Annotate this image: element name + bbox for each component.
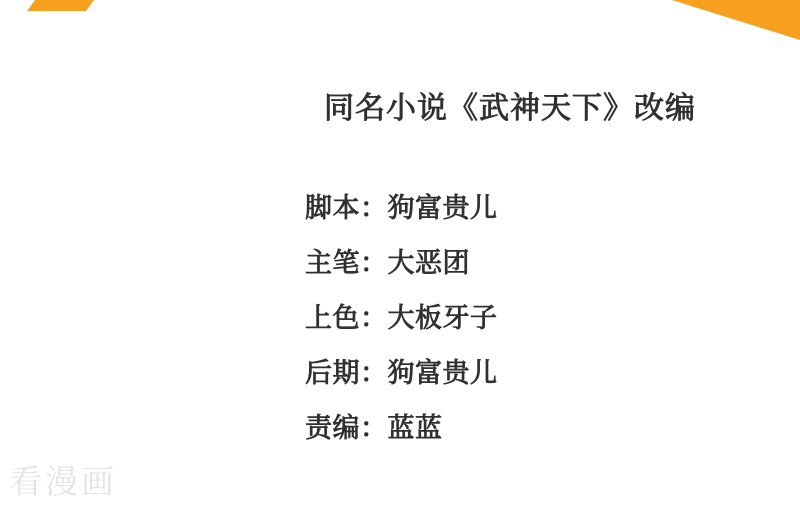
kanmanhua-watermark: 看漫画 [9, 463, 117, 501]
credit-row-script: 脚本：狗富贵儿 [305, 181, 498, 236]
credit-person-name: 大板牙子 [388, 303, 498, 333]
credit-row-editor: 责编：蓝蓝 [305, 401, 498, 456]
credit-person-name: 狗富贵儿 [388, 358, 498, 388]
credit-role-label: 脚本： [305, 193, 388, 223]
credit-person-name: 狗富贵儿 [388, 193, 498, 223]
orange-ribbon-decoration [27, 0, 94, 11]
credits-list: 脚本：狗富贵儿 主笔：大恶团 上色：大板牙子 后期：狗富贵儿 责编：蓝蓝 [305, 181, 498, 456]
credit-role-label: 上色： [305, 303, 388, 333]
credit-role-label: 主笔： [305, 248, 388, 278]
credit-row-lead-artist: 主笔：大恶团 [305, 236, 498, 291]
credit-role-label: 责编： [305, 413, 388, 443]
page-title: 同名小说《武神天下》改编 [324, 92, 696, 126]
credit-role-label: 后期： [305, 358, 388, 388]
orange-corner-decoration [672, 0, 800, 40]
credit-row-post-production: 后期：狗富贵儿 [305, 346, 498, 401]
credits-page: 同名小说《武神天下》改编 脚本：狗富贵儿 主笔：大恶团 上色：大板牙子 后期：狗… [0, 0, 800, 516]
credit-row-coloring: 上色：大板牙子 [305, 291, 498, 346]
credit-person-name: 大恶团 [388, 248, 471, 278]
credit-person-name: 蓝蓝 [388, 413, 443, 443]
